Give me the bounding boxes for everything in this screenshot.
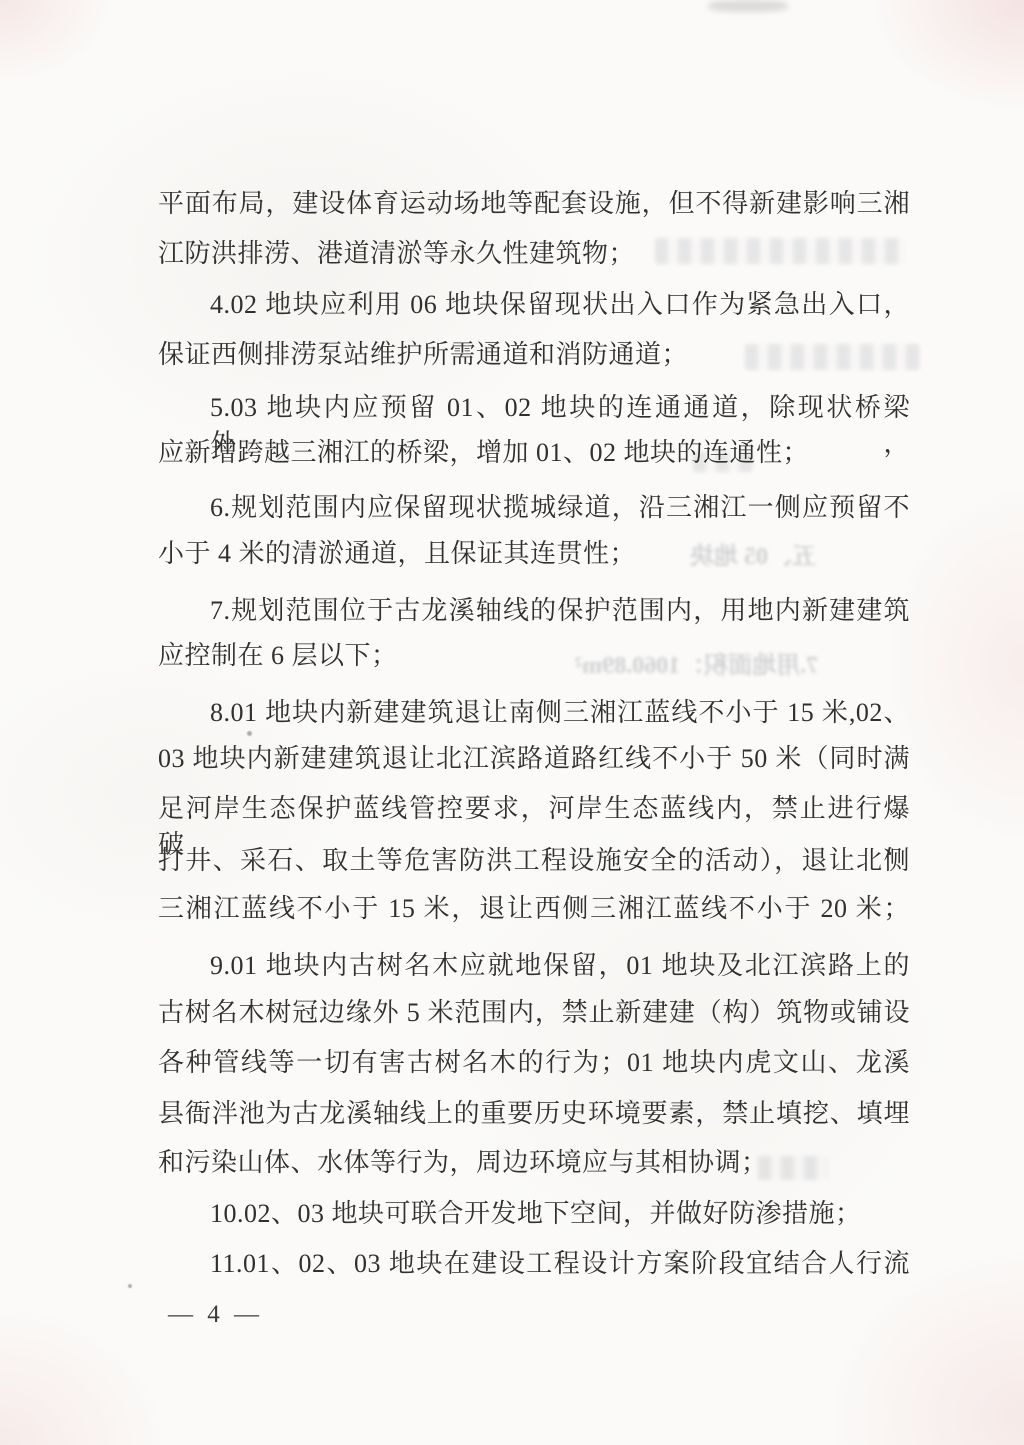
text-line: 保证西侧排涝泵站维护所需通道和消防通道； <box>158 337 910 373</box>
text-line: 5.03 地块内应预留 01、02 地块的连通通道，除现状桥梁外， <box>158 390 910 426</box>
text-line: 江防洪排涝、港道清淤等永久性建筑物； <box>158 236 910 272</box>
text-line: 11.01、02、03 地块在建设工程设计方案阶段宜结合人行流 <box>158 1246 910 1282</box>
text-line: 03 地块内新建建筑退让北江滨路道路红线不小于 50 米（同时满 <box>158 741 910 777</box>
text-line: 三湘江蓝线不小于 15 米，退让西侧三湘江蓝线不小于 20 米； <box>158 891 910 927</box>
text-line: 7.规划范围位于古龙溪轴线的保护范围内，用地内新建建筑 <box>158 593 910 629</box>
ink-speck <box>128 1284 132 1288</box>
document-page: 五、05 地块 7.用地面积：1060.89m² 平面布局，建设体育运动场地等配… <box>0 0 1024 1445</box>
text-line: 10.02、03 地块可联合开发地下空间，并做好防渗措施； <box>158 1196 910 1232</box>
text-line: 8.01 地块内新建建筑退让南侧三湘江蓝线不小于 15 米,02、 <box>158 695 910 731</box>
text-line: 小于 4 米的清淤通道，且保证其连贯性； <box>158 536 910 572</box>
text-line: 和污染山体、水体等行为，周边环境应与其相协调； <box>158 1145 910 1181</box>
text-line: 6.规划范围内应保留现状揽城绿道，沿三湘江一侧应预留不 <box>158 490 910 526</box>
text-line: 打井、采石、取土等危害防洪工程设施安全的活动），退让北侧 <box>158 843 910 879</box>
text-line: 应新增跨越三湘江的桥梁，增加 01、02 地块的连通性； <box>158 435 910 471</box>
text-line: 县衙泮池为古龙溪轴线上的重要历史环境要素，禁止填挖、填埋 <box>158 1096 910 1132</box>
text-line: 9.01 地块内古树名木应就地保留，01 地块及北江滨路上的 <box>158 948 910 984</box>
page-number: — 4 — <box>168 1301 263 1329</box>
text-line: 应控制在 6 层以下； <box>158 638 910 674</box>
text-line: 平面布局，建设体育运动场地等配套设施，但不得新建影响三湘 <box>158 186 910 222</box>
text-line: 各种管线等一切有害古树名木的行为；01 地块内虎文山、龙溪 <box>158 1045 910 1081</box>
text-line: 足河岸生态保护蓝线管控要求，河岸生态蓝线内，禁止进行爆破、 <box>158 791 910 827</box>
text-line: 4.02 地块应利用 06 地块保留现状出入口作为紧急出入口， <box>158 287 910 323</box>
text-line: 古树名木树冠边缘外 5 米范围内，禁止新建建（构）筑物或铺设 <box>158 995 910 1031</box>
scan-edge-artifact <box>708 0 788 12</box>
ink-speck <box>247 731 252 736</box>
